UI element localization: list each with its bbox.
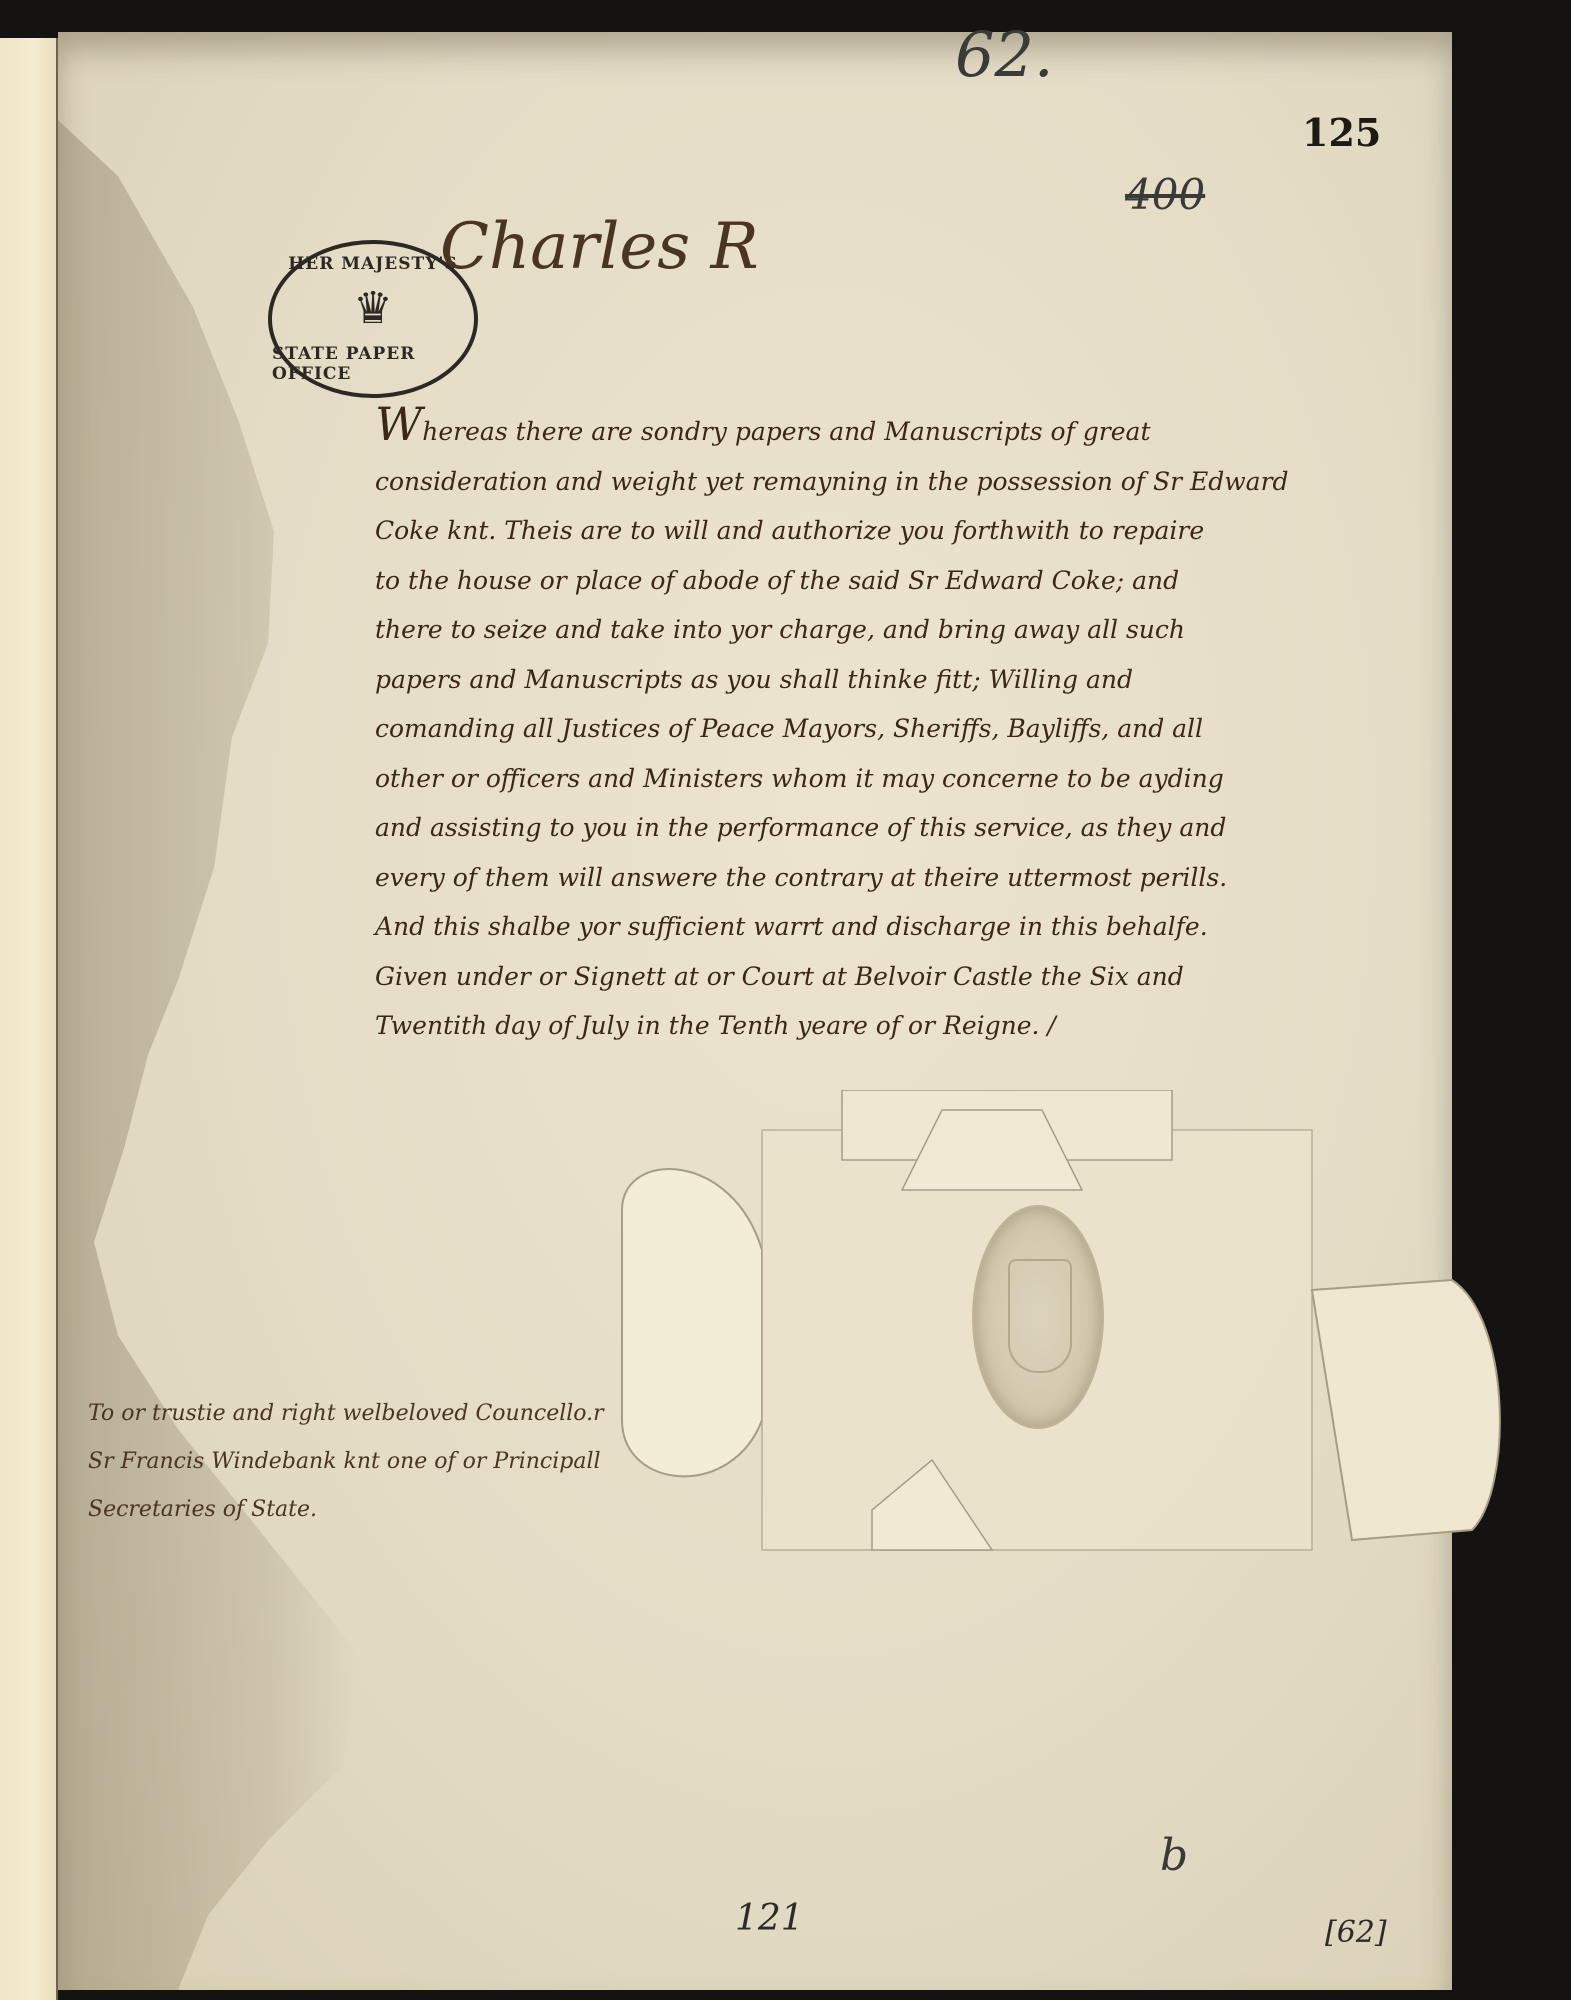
stamp-bottom-text: STATE PAPER OFFICE — [272, 344, 474, 384]
initial-letter: W — [375, 397, 422, 451]
body-line: other or officers and Ministers whom it … — [375, 754, 1455, 804]
bracketed-folio-number: [62] — [1325, 1915, 1387, 1950]
body-line: to the house or place of abode of the sa… — [375, 556, 1455, 606]
body-line: and assisting to you in the performance … — [375, 803, 1455, 853]
body-line: Twentith day of July in the Tenth yeare … — [375, 1001, 1455, 1051]
body-line: And this shalbe yor sufficient warrt and… — [375, 902, 1455, 952]
bottom-folio-number: 121 — [735, 1898, 804, 1939]
binding-spine — [0, 38, 58, 2000]
body-line: there to seize and take into yor charge,… — [375, 605, 1455, 655]
stamped-folio-number: 125 — [1302, 110, 1381, 155]
body-line: papers and Manuscripts as you shall thin… — [375, 655, 1455, 705]
address-block: To or trustie and right welbeloved Counc… — [88, 1390, 848, 1534]
address-line: Sr Francis Windebank knt one of or Princ… — [88, 1438, 848, 1486]
body-line: Given under or Signett at or Court at Be… — [375, 952, 1455, 1002]
pencil-mark: b — [1160, 1830, 1188, 1881]
body-line: consideration and weight yet remayning i… — [375, 457, 1455, 507]
crown-icon: ♛ — [353, 287, 392, 331]
address-line: Secretaries of State. — [88, 1486, 848, 1534]
body-line: comanding all Justices of Peace Mayors, … — [375, 704, 1455, 754]
royal-signature: Charles R — [440, 210, 759, 284]
warrant-body: Whereas there are sondry papers and Manu… — [375, 400, 1455, 1051]
shield-icon — [1008, 1259, 1072, 1373]
body-line: Whereas there are sondry papers and Manu… — [375, 400, 1455, 457]
pencil-folio-number: 62. — [955, 18, 1054, 91]
struck-folio-number: 400 — [1125, 170, 1205, 219]
stamp-top-text: HER MAJESTY'S — [288, 254, 458, 274]
address-line: To or trustie and right welbeloved Counc… — [88, 1390, 848, 1438]
body-line: every of them will answere the contrary … — [375, 853, 1455, 903]
wax-seal-icon — [972, 1205, 1104, 1429]
body-line: Coke knt. Theis are to will and authoriz… — [375, 506, 1455, 556]
